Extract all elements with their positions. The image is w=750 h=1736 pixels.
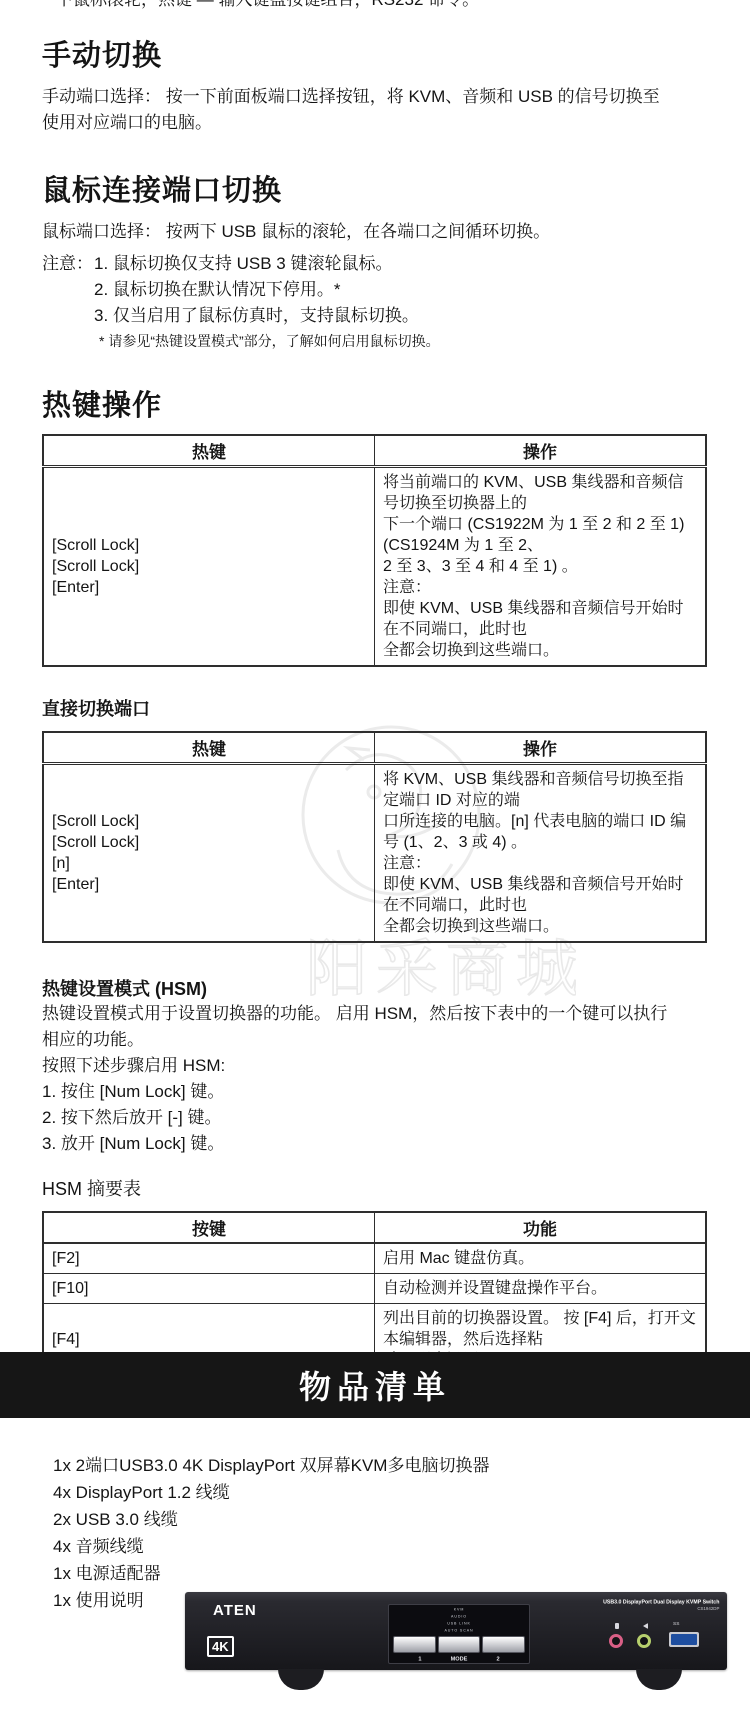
mouse-switching-paragraph: 鼠标端口选择： 按两下 USB 鼠标的滚轮，在各端口之间循环切换。 xyxy=(42,219,714,245)
table-header: 热键 xyxy=(43,435,375,467)
subhead-direct-switching: 直接切换端口 xyxy=(42,695,714,721)
footnote: * 请参见“热键设置模式”部分，了解如何启用鼠标切换。 xyxy=(99,331,714,351)
table-header: 热键 xyxy=(43,732,375,764)
speaker-icon xyxy=(643,1623,648,1629)
hsm-summary-table: 按键功能[F2]启用 Mac 键盘仿真。[F10]自动检测并设置键盘操作平台。[… xyxy=(42,1211,707,1352)
packing-item: 2x USB 3.0 线缆 xyxy=(53,1506,489,1533)
table-cell: [F4] xyxy=(43,1304,375,1353)
port2-button xyxy=(482,1636,525,1653)
panel-label-auto-scan: AUTO SCAN xyxy=(428,1629,491,1632)
product-image: ATEN 4K KVM AUDIO USB LINK AUTO SCAN 1 M… xyxy=(185,1592,727,1712)
packing-item: 4x 音频线缆 xyxy=(53,1533,489,1560)
table-cell: 列出目前的切换器设置。 按 [F4] 后，打开文本编辑器，然后选择粘贴以列出设置… xyxy=(375,1304,707,1353)
note-line: 2. 鼠标切换在默认情况下停用。* xyxy=(94,277,419,303)
panel-label-mode: MODE xyxy=(451,1656,468,1662)
usb-ss-label: SS xyxy=(673,1621,679,1626)
section-title-hotkey-operation: 热键操作 xyxy=(42,383,714,424)
hsm-description: 热键设置模式用于设置切换器的功能。 启用 HSM，然后按下表中的一个键可以执行相… xyxy=(42,1001,714,1079)
device-foot-left xyxy=(278,1669,324,1690)
kvm-switch-device: ATEN 4K KVM AUDIO USB LINK AUTO SCAN 1 M… xyxy=(185,1592,727,1670)
clipped-top-line: 下鼠标滚轮，热键 — 输入键盘按键组合，RS232 命令。 xyxy=(42,0,714,13)
note-line: 1. 鼠标切换仅支持 USB 3 键滚轮鼠标。 xyxy=(94,251,419,277)
paragraph-line: 鼠标端口选择： 按两下 USB 鼠标的滚轮，在各端口之间循环切换。 xyxy=(42,219,714,245)
paragraph-line: 热键设置模式用于设置切换器的功能。 启用 HSM，然后按下表中的一个键可以执行 xyxy=(42,1001,714,1027)
direct-switch-table: 热键操作[Scroll Lock][Scroll Lock][n][Enter]… xyxy=(42,731,707,943)
table-cell: [F10] xyxy=(43,1274,375,1304)
table-cell: 将当前端口的 KVM、USB 集线器和音频信号切换至切换器上的下一个端口 (CS… xyxy=(375,467,707,667)
table-header: 按键 xyxy=(43,1212,375,1243)
note-label: 注意： xyxy=(42,251,94,329)
table-row: [F10]自动检测并设置键盘操作平台。 xyxy=(43,1274,706,1304)
table-cell: [Scroll Lock][Scroll Lock][n][Enter] xyxy=(43,764,375,943)
panel-label-1: 1 xyxy=(418,1656,421,1662)
table-row: [Scroll Lock][Scroll Lock][n][Enter]将 KV… xyxy=(43,764,706,943)
subhead-hsm-summary: HSM 摘要表 xyxy=(42,1175,714,1201)
section-title-mouse-switching: 鼠标连接端口切换 xyxy=(42,168,714,209)
panel-label-usb-link: USB LINK xyxy=(428,1622,491,1625)
table-header: 操作 xyxy=(375,435,707,467)
packing-item: 1x 电源适配器 xyxy=(53,1560,489,1587)
paragraph-line: 使用对应端口的电脑。 xyxy=(42,110,714,136)
panel-label-2: 2 xyxy=(496,1656,499,1662)
subhead-hsm: 热键设置模式 (HSM) xyxy=(42,975,714,1001)
hsm-steps: 1. 按住 [Num Lock] 键。2. 按下然后放开 [-] 键。3. 放开… xyxy=(42,1079,714,1157)
packing-item: 4x DisplayPort 1.2 线缆 xyxy=(53,1479,489,1506)
device-title-text: USB3.0 DisplayPort Dual Display KVMP Swi… xyxy=(519,1599,719,1615)
usb3-port xyxy=(669,1632,699,1647)
packing-items: 1x 2端口USB3.0 4K DisplayPort 双屏幕KVM多电脑切换器… xyxy=(53,1452,489,1614)
step-line: 2. 按下然后放开 [-] 键。 xyxy=(42,1105,714,1131)
note-line: 3. 仅当启用了鼠标仿真时，支持鼠标切换。 xyxy=(94,303,419,329)
table-cell: [Scroll Lock][Scroll Lock][Enter] xyxy=(43,467,375,667)
mode-button xyxy=(438,1636,481,1653)
device-title-line1: USB3.0 DisplayPort Dual Display KVMP Swi… xyxy=(603,1599,719,1605)
clipped-paragraph: 下鼠标滚轮，热键 — 输入键盘按键组合，RS232 命令。 xyxy=(56,0,714,13)
packing-list-section: 物品清单 1x 2端口USB3.0 4K DisplayPort 双屏幕KVM多… xyxy=(0,1352,750,1736)
paragraph-line: 手动端口选择： 按一下前面板端口选择按钮，将 KVM、音频和 USB 的信号切换… xyxy=(42,84,714,110)
paragraph-line: 相应的功能。 xyxy=(42,1027,714,1053)
usb3-port-inner xyxy=(671,1634,697,1645)
panel-label-kvm: KVM xyxy=(428,1608,491,1611)
table-row: [Scroll Lock][Scroll Lock][Enter]将当前端口的 … xyxy=(43,467,706,667)
aten-logo: ATEN xyxy=(213,1602,257,1619)
audio-jack xyxy=(637,1634,651,1648)
table-cell: 自动检测并设置键盘操作平台。 xyxy=(375,1274,707,1304)
manual-page: 下鼠标滚轮，热键 — 输入键盘按键组合，RS232 命令。 手动切换 手动端口选… xyxy=(0,0,750,1352)
4k-badge: 4K xyxy=(207,1636,234,1657)
paragraph-line: 按照下述步骤启用 HSM: xyxy=(42,1053,714,1079)
panel-bottom-labels: 1 MODE 2 xyxy=(418,1656,499,1662)
table-cell: 将 KVM、USB 集线器和音频信号切换至指定端口 ID 对应的端口所连接的电脑… xyxy=(375,764,707,943)
port1-button xyxy=(393,1636,436,1653)
mic-jack xyxy=(609,1634,623,1648)
banner-title: 物品清单 xyxy=(299,1362,451,1408)
device-model: CS1942DP xyxy=(609,1606,719,1611)
table-cell: [F2] xyxy=(43,1243,375,1274)
step-line: 1. 按住 [Num Lock] 键。 xyxy=(42,1079,714,1105)
hotkey-table: 热键操作[Scroll Lock][Scroll Lock][Enter]将当前… xyxy=(42,434,707,667)
mouse-switching-notes: 注意： 1. 鼠标切换仅支持 USB 3 键滚轮鼠标。2. 鼠标切换在默认情况下… xyxy=(42,251,714,329)
table-header: 功能 xyxy=(375,1212,707,1243)
table-cell: 启用 Mac 键盘仿真。 xyxy=(375,1243,707,1274)
mic-icon xyxy=(615,1623,619,1629)
packing-list-banner: 物品清单 xyxy=(0,1352,750,1418)
table-header: 操作 xyxy=(375,732,707,764)
packing-item: 1x 2端口USB3.0 4K DisplayPort 双屏幕KVM多电脑切换器 xyxy=(53,1452,489,1479)
manual-switching-paragraph: 手动端口选择： 按一下前面板端口选择按钮，将 KVM、音频和 USB 的信号切换… xyxy=(42,84,714,136)
section-title-manual-switching: 手动切换 xyxy=(42,33,714,74)
table-row: [F4]列出目前的切换器设置。 按 [F4] 后，打开文本编辑器，然后选择粘贴以… xyxy=(43,1304,706,1353)
panel-label-audio: AUDIO xyxy=(428,1615,491,1618)
table-row: [F2]启用 Mac 键盘仿真。 xyxy=(43,1243,706,1274)
step-line: 3. 放开 [Num Lock] 键。 xyxy=(42,1131,714,1157)
port-select-buttons xyxy=(393,1636,525,1653)
front-control-panel: KVM AUDIO USB LINK AUTO SCAN 1 MODE 2 xyxy=(388,1604,530,1664)
device-foot-right xyxy=(636,1669,682,1690)
